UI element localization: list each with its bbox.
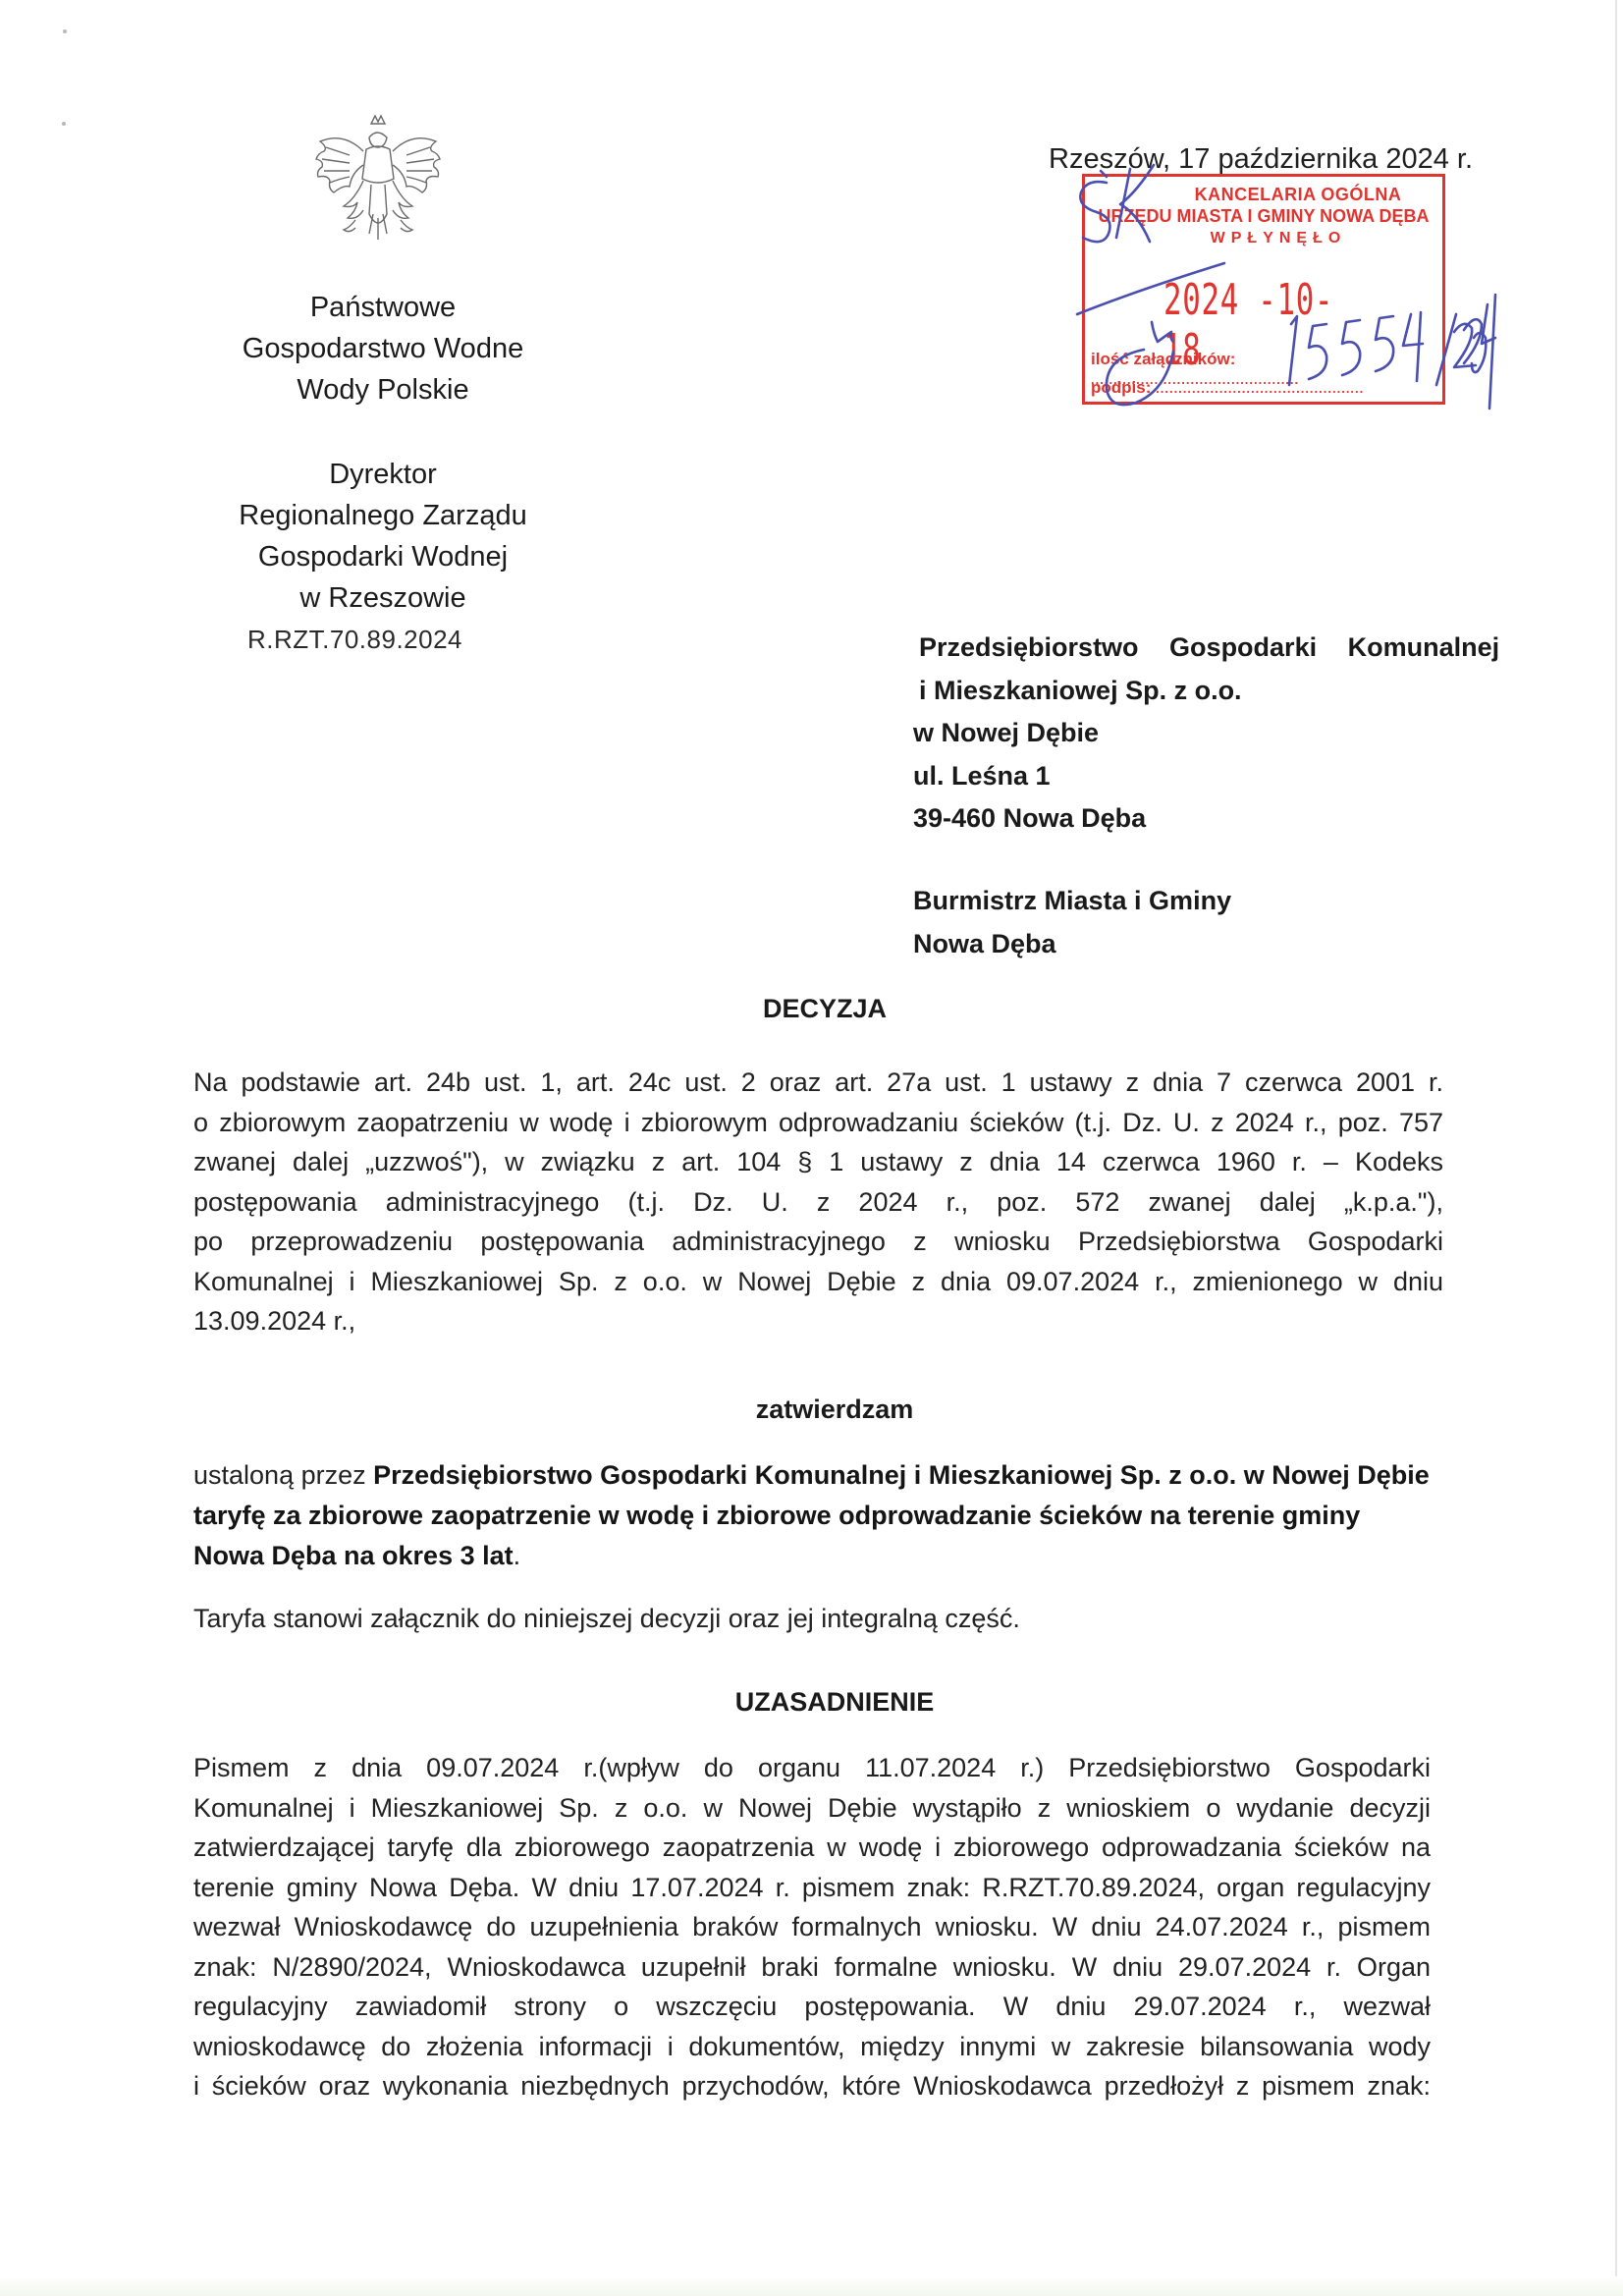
paragraph-line: taryfę za zbiorowe zaopatrzenie w wodę i…	[193, 1496, 1421, 1536]
recipient-line: Przedsiębiorstwo Gospodarki Komunalnej	[919, 627, 1499, 670]
paragraph-line: ustaloną przez Przedsiębiorstwo Gospodar…	[193, 1455, 1421, 1496]
decision-title: DECYZJA	[579, 994, 1070, 1024]
stamp-line-2: URZĘDU MIASTA I GMINY NOWA DĘBA	[1085, 206, 1442, 227]
scan-edge	[1615, 0, 1617, 2288]
reference-number: R.RZT.70.89.2024	[247, 625, 462, 655]
institution-line: Państwowe	[196, 287, 569, 328]
scan-edge	[0, 2276, 1623, 2296]
paragraph-line: znak: N/2890/2024, Wnioskodawca uzupełni…	[193, 1947, 1431, 1988]
paragraph-line: Komunalnej i Mieszkaniowej Sp. z o.o. w …	[193, 1262, 1443, 1302]
paragraph-line: Komunalnej i Mieszkaniowej Sp. z o.o. w …	[193, 1788, 1431, 1829]
director-title: Dyrektor Regionalnego Zarządu Gospodarki…	[196, 454, 569, 619]
approval-company: Przedsiębiorstwo Gospodarki Komunalnej i…	[373, 1460, 1430, 1490]
paragraph-line: 13.09.2024 r.,	[193, 1301, 1443, 1341]
paragraph-line: po przeprowadzeniu postępowania administ…	[193, 1222, 1443, 1262]
justification-paragraph: Pismem z dnia 09.07.2024 r.(wpływ do org…	[193, 1748, 1431, 2106]
paragraph-line: zatwierdzającej taryfę dla zbiorowego za…	[193, 1828, 1431, 1868]
approval-tariff: taryfę za zbiorowe zaopatrzenie w wodę i…	[193, 1501, 1360, 1530]
approval-paragraph: ustaloną przez Przedsiębiorstwo Gospodar…	[193, 1455, 1421, 1576]
verdict-heading: zatwierdzam	[579, 1394, 1090, 1425]
justification-title: UZASADNIENIE	[579, 1687, 1090, 1718]
director-line: Dyrektor	[196, 454, 569, 495]
paragraph-line: i ścieków oraz wykonania niezbędnych prz…	[193, 2066, 1431, 2106]
period-terminator: .	[514, 1541, 521, 1570]
paragraph-line: o zbiorowym zaopatrzeniu w wodę i zbioro…	[193, 1103, 1443, 1143]
recipient-line: i Mieszkaniowej Sp. z o.o.	[919, 670, 1499, 713]
institution-line: Wody Polskie	[196, 369, 569, 410]
institution-name: Państwowe Gospodarstwo Wodne Wody Polski…	[196, 287, 569, 410]
director-line: w Rzeszowie	[196, 577, 569, 619]
place-and-date: Rzeszów, 17 października 2024 r.	[1049, 143, 1473, 176]
cc-recipient: Burmistrz Miasta i Gminy Nowa Dęba	[913, 880, 1231, 965]
recipient-line: 39-460 Nowa Dęba	[913, 797, 1499, 841]
cc-line: Nowa Dęba	[913, 923, 1231, 966]
paragraph-line: Nowa Dęba na okres 3 lat.	[193, 1536, 1421, 1576]
approval-prefix: ustaloną przez	[193, 1460, 373, 1490]
approval-period: Nowa Dęba na okres 3 lat	[193, 1541, 514, 1570]
recipient-line: w Nowej Dębie	[913, 712, 1499, 755]
attachment-note: Taryfa stanowi załącznik do niniejszej d…	[193, 1599, 1443, 1639]
stamp-attachments-label: ilość załączników:	[1091, 350, 1235, 368]
stamp-signature-label: podpis:	[1091, 378, 1151, 397]
stamp-line-1: KANCELARIA OGÓLNA	[1085, 185, 1442, 205]
stamp-dots: ........................................…	[1156, 381, 1364, 396]
paragraph-line: Taryfa stanowi załącznik do niniejszej d…	[193, 1599, 1443, 1639]
paragraph-line: Pismem z dnia 09.07.2024 r.(wpływ do org…	[193, 1748, 1431, 1788]
paragraph-line: wnioskodawcę do złożenia informacji i do…	[193, 2027, 1431, 2067]
stamp-signature: podpis: ................................…	[1091, 378, 1364, 398]
paragraph-line: regulacyjny zawiadomił strony o wszczęci…	[193, 1987, 1431, 2027]
scan-speck	[63, 29, 67, 33]
paragraph-line: postępowania administracyjnego (t.j. Dz.…	[193, 1182, 1443, 1223]
director-line: Regionalnego Zarządu	[196, 495, 569, 536]
eagle-emblem-icon	[312, 110, 444, 246]
recipient-line: ul. Leśna 1	[913, 755, 1499, 798]
recipient-address: Przedsiębiorstwo Gospodarki Komunalnej i…	[919, 627, 1499, 841]
director-line: Gospodarki Wodnej	[196, 536, 569, 577]
stamp-line-3: WPŁYNĘŁO	[1085, 230, 1442, 247]
paragraph-line: zwanej dalej „uzzwoś"), w związku z art.…	[193, 1142, 1443, 1182]
paragraph-line: terenie gminy Nowa Dęba. W dniu 17.07.20…	[193, 1868, 1431, 1908]
incoming-mail-stamp: KANCELARIA OGÓLNA URZĘDU MIASTA I GMINY …	[1082, 174, 1445, 405]
scan-speck	[62, 122, 66, 126]
paragraph-line: wezwał Wnioskodawcę do uzupełnienia brak…	[193, 1907, 1431, 1947]
cc-line: Burmistrz Miasta i Gminy	[913, 880, 1231, 923]
legal-basis-paragraph: Na podstawie art. 24b ust. 1, art. 24c u…	[193, 1063, 1443, 1341]
paragraph-line: Na podstawie art. 24b ust. 1, art. 24c u…	[193, 1063, 1443, 1103]
institution-line: Gospodarstwo Wodne	[196, 328, 569, 369]
